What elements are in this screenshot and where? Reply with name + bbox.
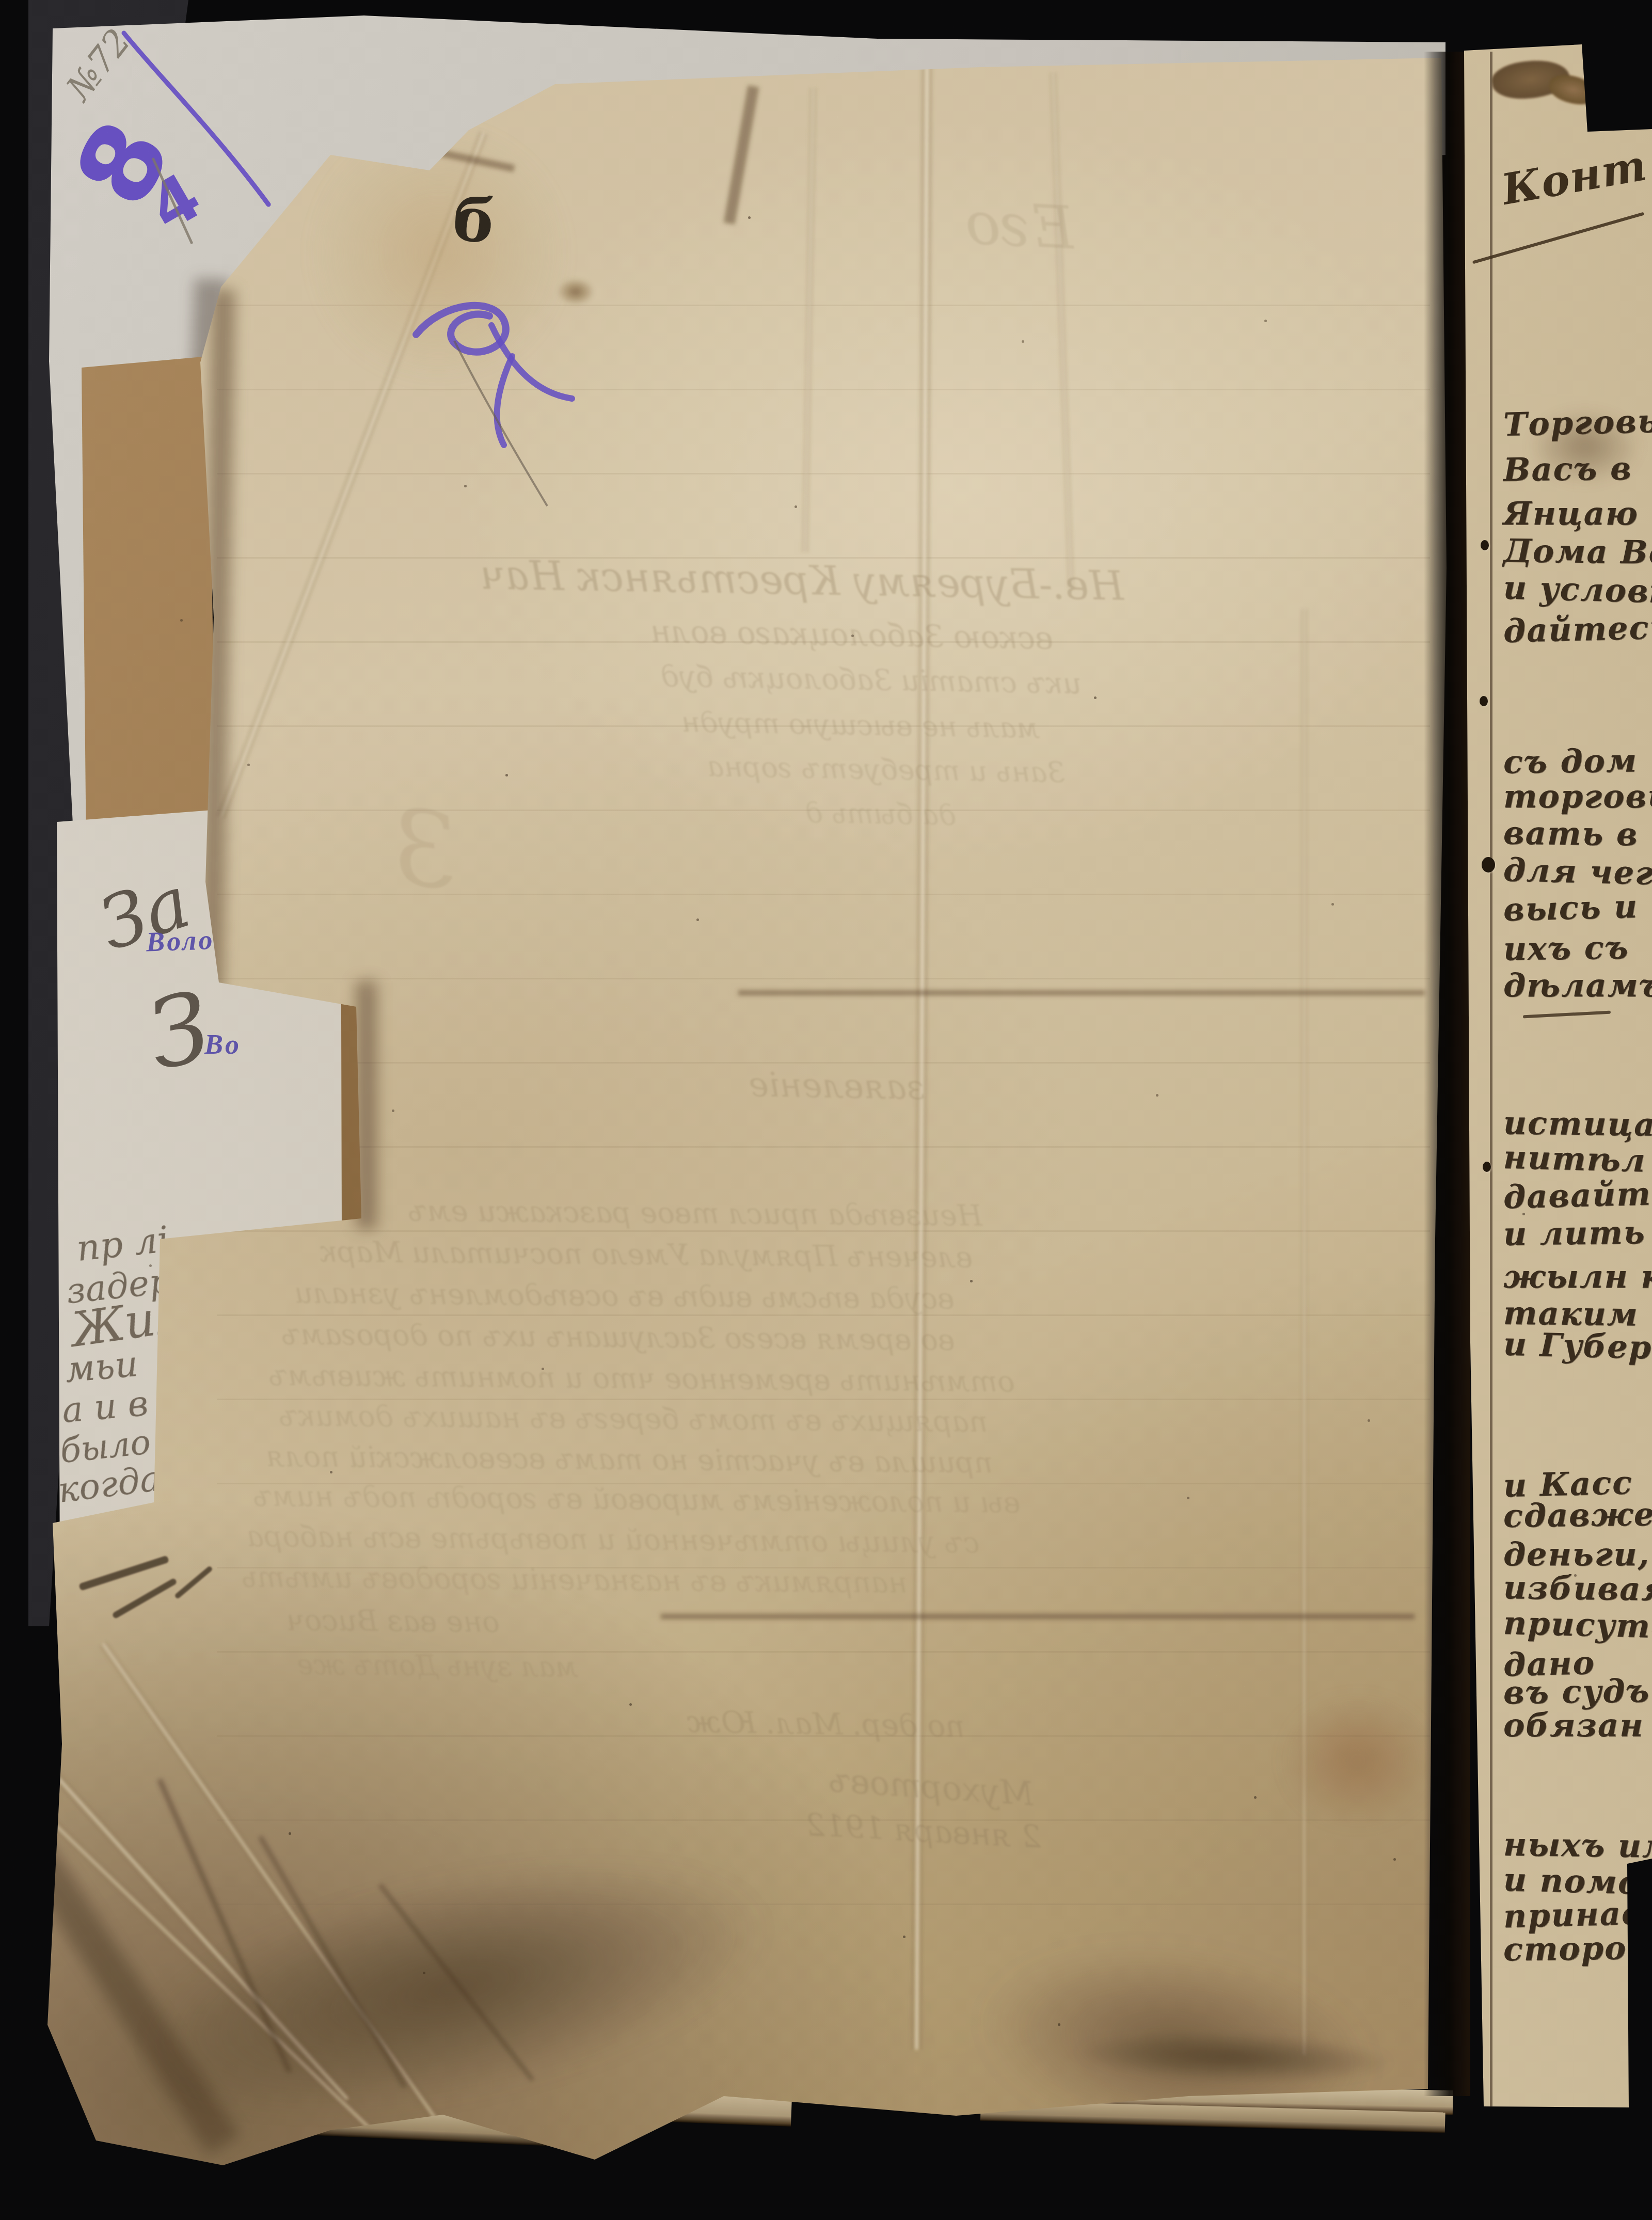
strip-line: въ судъ <box>1503 1672 1650 1711</box>
strip-line-text: давайтѣ <box>1503 1174 1652 1216</box>
strip-line-text: обязан <box>1503 1706 1644 1744</box>
strip-line-text: ныхъ имъ <box>1503 1826 1652 1866</box>
strip-line-text: торговы <box>1503 778 1652 815</box>
sheet-gap-shadow <box>1424 52 1470 2096</box>
strip-line: дайтесь <box>1503 608 1652 650</box>
strip-line-text: сторо <box>1503 1929 1627 1969</box>
strip-line: избивая <box>1503 1568 1652 1608</box>
strip-line-text: истица <box>1503 1104 1652 1144</box>
strip-line: истица <box>1503 1104 1652 1144</box>
strip-line-text: ихъ съ <box>1503 929 1629 968</box>
strip-line-text: и лить <box>1503 1213 1646 1252</box>
strip-header-word: Конт <box>1498 140 1651 215</box>
strip-line: для чего <box>1503 851 1652 893</box>
strip-line: и условія <box>1503 569 1652 611</box>
strip-line: съ дом <box>1503 741 1638 781</box>
strip-line: сдавже <box>1503 1495 1652 1535</box>
strip-line: вать в <box>1503 814 1639 853</box>
wormhole <box>1482 857 1495 873</box>
strip-line: обязан <box>1503 1706 1644 1744</box>
dust-specks <box>0 0 2 2</box>
strip-line: Янцаю <box>1503 495 1639 532</box>
strip-line-text: въ судъ <box>1503 1672 1650 1711</box>
strip-line-text: нитѣл <box>1503 1138 1646 1180</box>
pencil-stroke <box>153 158 192 244</box>
strip-line-text: сдавже <box>1503 1495 1652 1535</box>
strip-line-text: присутств <box>1503 1604 1652 1647</box>
strip-line-text: и Губер <box>1503 1325 1652 1366</box>
strip-line-text: для чего <box>1503 851 1652 893</box>
strip-line-text: деньги, <box>1503 1535 1650 1573</box>
vo-stamp: Во <box>204 1028 241 1060</box>
strip-line: жылн к <box>1503 1258 1652 1295</box>
strip-line: давайтѣ <box>1503 1174 1652 1216</box>
strip-line: Дома Во <box>1503 532 1652 572</box>
cursive-line: мьи <box>63 1342 140 1391</box>
torn-debris <box>1547 72 1600 108</box>
paragraph-dash <box>1523 1011 1611 1019</box>
strip-line-text: вать в <box>1503 814 1639 853</box>
strip-line: ихъ съ <box>1503 929 1629 968</box>
strip-line-text: дайтесь <box>1503 608 1652 650</box>
strip-line: высь и <box>1503 887 1639 928</box>
strip-header-underline <box>1472 212 1644 264</box>
strip-line: присутств <box>1503 1604 1652 1647</box>
strip-line-text: Янцаю <box>1503 495 1639 532</box>
pencil-scratch <box>454 341 547 506</box>
cursive-line-text: мьи <box>63 1342 140 1391</box>
strip-line-text: высь и <box>1503 887 1639 928</box>
strip-line: сторо <box>1503 1929 1627 1969</box>
strip-line: дѣламъ <box>1503 966 1652 1004</box>
wormhole <box>1483 1162 1491 1172</box>
wormhole <box>1480 696 1488 706</box>
strip-line: деньги, <box>1503 1535 1650 1573</box>
archival-scan: №72 8 4 За З Волост Во пр лізадерЖилмьиа… <box>0 0 1652 2220</box>
strip-line-text: дѣламъ <box>1503 966 1652 1004</box>
strip-line: ныхъ имъ <box>1503 1826 1652 1866</box>
strip-line-text: и условія <box>1503 569 1652 611</box>
strip-line-text: Дома Во <box>1503 532 1652 572</box>
strip-line-text: избивая <box>1503 1568 1652 1608</box>
ink-smear <box>1528 408 1642 485</box>
purple-diagonal-stroke <box>124 33 268 204</box>
strip-line-text: жылн к <box>1503 1258 1652 1295</box>
strip-line: и Губер <box>1503 1325 1652 1366</box>
fold-line <box>1490 52 1492 2106</box>
strip-line: торговы <box>1503 778 1652 815</box>
strip-line: нитѣл <box>1503 1138 1646 1180</box>
wormhole <box>1481 540 1489 550</box>
strip-line: и лить <box>1503 1213 1646 1252</box>
strip-line-text: съ дом <box>1503 741 1638 781</box>
